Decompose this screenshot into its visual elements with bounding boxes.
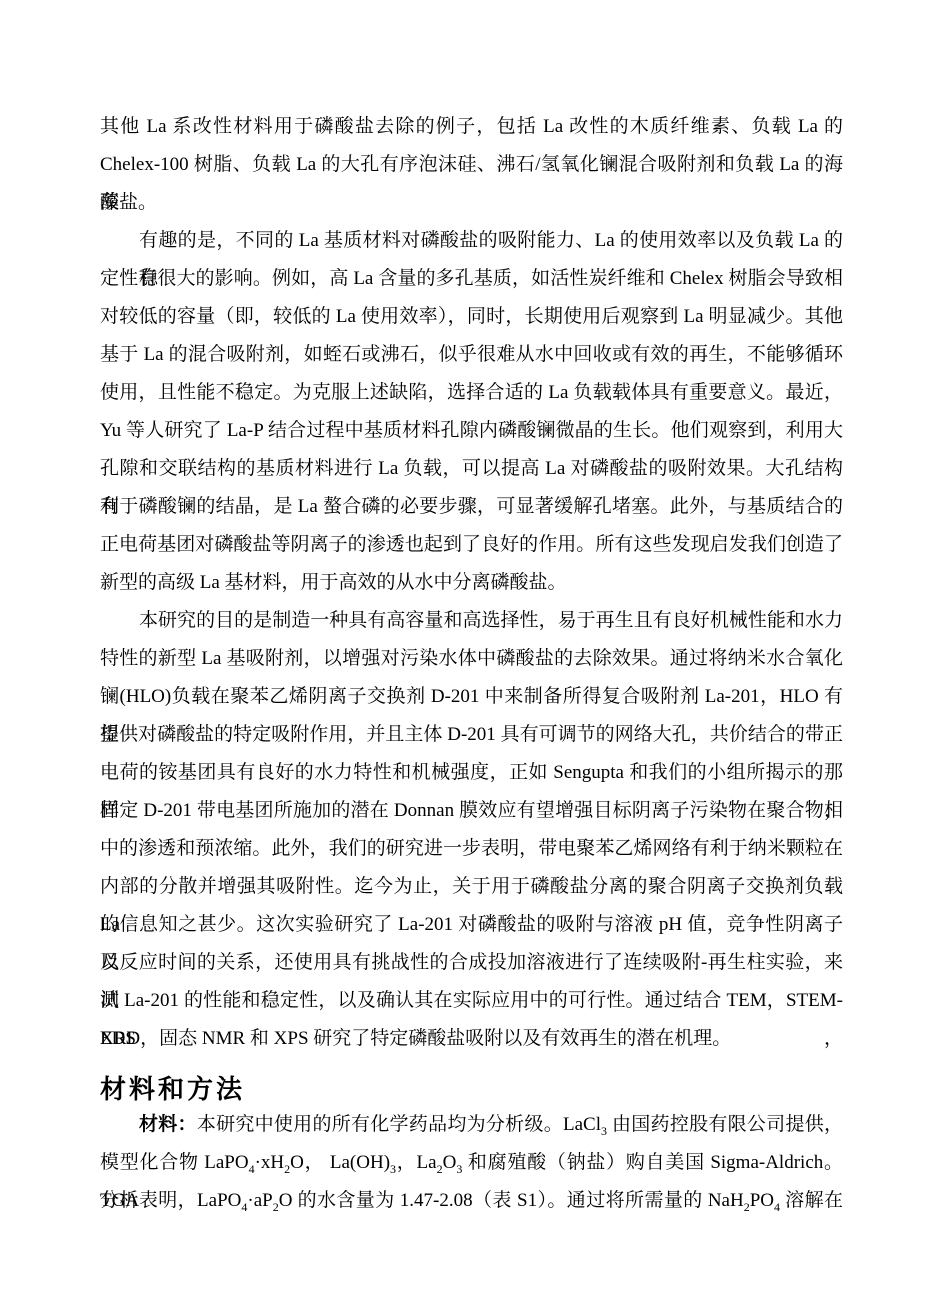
paragraph-study-objective: 本研究的目的是制造一种具有高容量和高选择性，易于再生且有良好机械性能和水力特性的…: [100, 602, 843, 1058]
paragraph-la-matrix-comparison: 有趣的是，不同的 La 基质材料对磷酸盐的吸附能力、La 的使用效率以及负载 L…: [100, 222, 843, 602]
text-line: Chelex-100 树脂、负载 La 的大孔有序泡沫硅、沸石/氢氧化镧混合吸附…: [100, 146, 843, 184]
document-page: 其他 La 系改性材料用于磷酸盐去除的例子，包括 La 改性的木质纤维素、负载 …: [0, 0, 926, 1309]
text-line: 镧(HLO)负载在聚苯乙烯阴离子交换剂 D-201 中来制备所得复合吸附剂 La…: [100, 678, 843, 716]
text-line: 利于磷酸镧的结晶，是 La 螯合磷的必要步骤，可显著缓解孔堵塞。此外，与基质结合…: [100, 488, 843, 526]
text-line: 内部的分散并增强其吸附性。迄今为止，关于用于磷酸盐分离的聚合阴离子交换剂负载 L…: [100, 868, 843, 906]
subscript: 2: [273, 1200, 279, 1214]
subscript: 4: [249, 1162, 255, 1176]
text-line: 对较低的容量（即，较低的 La 使用效率），同时，长期使用后观察到 La 明显减…: [100, 298, 843, 336]
text-line: 孔隙和交联结构的基质材料进行 La 负载，可以提高 La 对磷酸盐的吸附效果。大…: [100, 450, 843, 488]
bold-lead: 材料：: [139, 1114, 197, 1135]
text-line: 其他 La 系改性材料用于磷酸盐去除的例子，包括 La 改性的木质纤维素、负载 …: [100, 108, 843, 146]
subscript: 4: [241, 1200, 247, 1214]
text-line: 分析表明，LaPO4·aP2O 的水含量为 1.47-2.08（表 S1）。通过…: [100, 1182, 843, 1220]
subscript: 3: [390, 1162, 396, 1176]
text-line: 新型的高级 La 基材料，用于高效的从水中分离磷酸盐。: [100, 564, 843, 602]
text-line: 及反应时间的关系，还使用具有挑战性的合成投加溶液进行了连续吸附-再生柱实验，来测: [100, 944, 843, 982]
text-line: 酸盐。: [100, 184, 843, 222]
text-line: 试 La-201 的性能和稳定性，以及确认其在实际应用中的可行性。通过结合 TE…: [100, 982, 843, 1020]
paragraph-materials: 材料：本研究中使用的所有化学药品均为分析级。LaCl3 由国药控股有限公司提供，…: [100, 1106, 843, 1220]
text-line: 电荷的铵基团具有良好的水力特性和机械强度，正如 Sengupta 和我们的小组所…: [100, 754, 843, 792]
subscript: 4: [774, 1200, 780, 1214]
subscript: 2: [744, 1200, 750, 1214]
text-line: 有趣的是，不同的 La 基质材料对磷酸盐的吸附能力、La 的使用效率以及负载 L…: [100, 222, 843, 260]
text-line: 材料：本研究中使用的所有化学药品均为分析级。LaCl3 由国药控股有限公司提供，: [100, 1106, 843, 1144]
subscript: 3: [456, 1162, 462, 1176]
paragraph-la-modified-examples: 其他 La 系改性材料用于磷酸盐去除的例子，包括 La 改性的木质纤维素、负载 …: [100, 108, 843, 222]
subscript: 3: [601, 1124, 607, 1138]
subscript: 2: [437, 1162, 443, 1176]
section-heading: 材料和方法: [100, 1072, 843, 1106]
subscript: 2: [284, 1162, 290, 1176]
text-line: 固定 D-201 带电基团所施加的潜在 Donnan 膜效应有望增强目标阴离子污…: [100, 792, 843, 830]
text-line: 使用，且性能不稳定。为克服上述缺陷，选择合适的 La 负载载体具有重要意义。最近…: [100, 374, 843, 412]
text-line: 正电荷基团对磷酸盐等阴离子的渗透也起到了良好的作用。所有这些发现启发我们创造了: [100, 526, 843, 564]
text-line: Yu 等人研究了 La-P 结合过程中基质材料孔隙内磷酸镧微晶的生长。他们观察到…: [100, 412, 843, 450]
text-line: 的信息知之甚少。这次实验研究了 La-201 对磷酸盐的吸附与溶液 pH 值，竞…: [100, 906, 843, 944]
text-line: 模型化合物 LaPO4·xH2O， La(OH)3，La2O3 和腐殖酸（钠盐）…: [100, 1144, 843, 1182]
text-line: 基于 La 的混合吸附剂，如蛭石或沸石，似乎很难从水中回收或有效的再生，不能够循…: [100, 336, 843, 374]
text-line: 特性的新型 La 基吸附剂，以增强对污染水体中磷酸盐的去除效果。通过将纳米水合氧…: [100, 640, 843, 678]
text-line: 定性有很大的影响。例如，高 La 含量的多孔基质，如活性炭纤维和 Chelex …: [100, 260, 843, 298]
text-line: 本研究的目的是制造一种具有高容量和高选择性，易于再生且有良好机械性能和水力: [100, 602, 843, 640]
text-line: 中的渗透和预浓缩。此外，我们的研究进一步表明，带电聚苯乙烯网络有利于纳米颗粒在: [100, 830, 843, 868]
text-line: 提供对磷酸盐的特定吸附作用，并且主体 D-201 具有可调节的网络大孔，共价结合…: [100, 716, 843, 754]
